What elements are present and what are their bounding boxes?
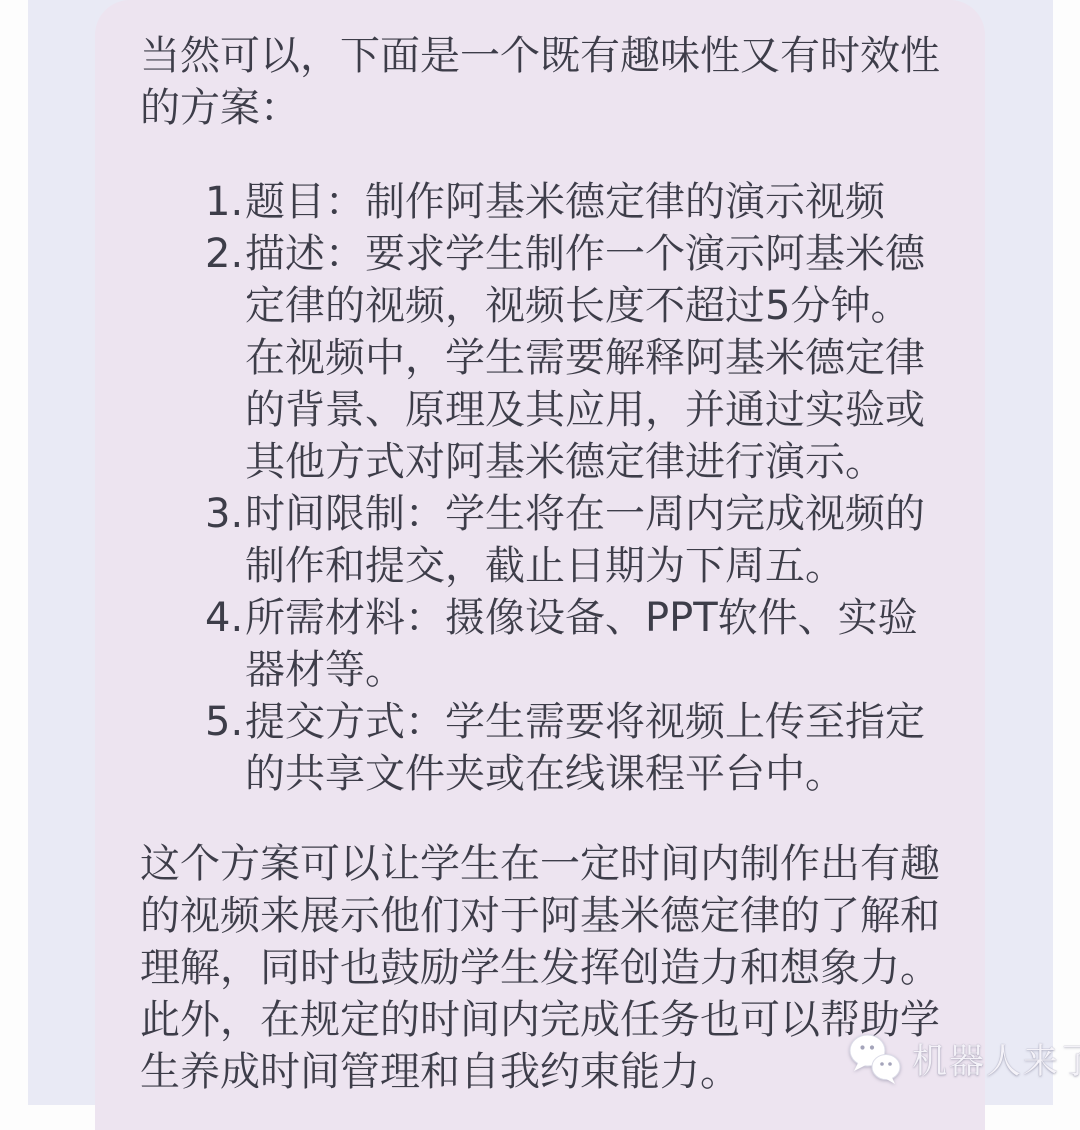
list-item-number: 3. bbox=[205, 488, 245, 540]
numbered-list: 1. 题目：制作阿基米德定律的演示视频 2. 描述：要求学生制作一个演示阿基米德… bbox=[205, 176, 940, 800]
list-item-number: 2. bbox=[205, 228, 245, 280]
chat-background: 当然可以，下面是一个既有趣味性又有时效性的方案： 1. 题目：制作阿基米德定律的… bbox=[28, 0, 1053, 1105]
list-item-text: 时间限制：学生将在一周内完成视频的制作和提交，截止日期为下周五。 bbox=[245, 488, 940, 592]
list-item: 5. 提交方式：学生需要将视频上传至指定的共享文件夹或在线课程平台中。 bbox=[205, 696, 940, 800]
list-item-text: 所需材料：摄像设备、PPT软件、实验器材等。 bbox=[245, 592, 940, 696]
list-item-number: 5. bbox=[205, 696, 245, 748]
list-item: 1. 题目：制作阿基米德定律的演示视频 bbox=[205, 176, 940, 228]
list-item: 4. 所需材料：摄像设备、PPT软件、实验器材等。 bbox=[205, 592, 940, 696]
list-item: 3. 时间限制：学生将在一周内完成视频的制作和提交，截止日期为下周五。 bbox=[205, 488, 940, 592]
list-item-number: 4. bbox=[205, 592, 245, 644]
assistant-message-bubble: 当然可以，下面是一个既有趣味性又有时效性的方案： 1. 题目：制作阿基米德定律的… bbox=[95, 0, 985, 1105]
list-item-text: 题目：制作阿基米德定律的演示视频 bbox=[245, 176, 940, 228]
list-item-text: 提交方式：学生需要将视频上传至指定的共享文件夹或在线课程平台中。 bbox=[245, 696, 940, 800]
list-item: 2. 描述：要求学生制作一个演示阿基米德定律的视频，视频长度不超过5分钟。在视频… bbox=[205, 228, 940, 488]
list-item-number: 1. bbox=[205, 176, 245, 228]
outro-paragraph: 这个方案可以让学生在一定时间内制作出有趣的视频来展示他们对于阿基米德定律的了解和… bbox=[140, 838, 941, 1098]
intro-paragraph: 当然可以，下面是一个既有趣味性又有时效性的方案： bbox=[140, 30, 941, 134]
list-item-text: 描述：要求学生制作一个演示阿基米德定律的视频，视频长度不超过5分钟。在视频中，学… bbox=[245, 228, 940, 488]
